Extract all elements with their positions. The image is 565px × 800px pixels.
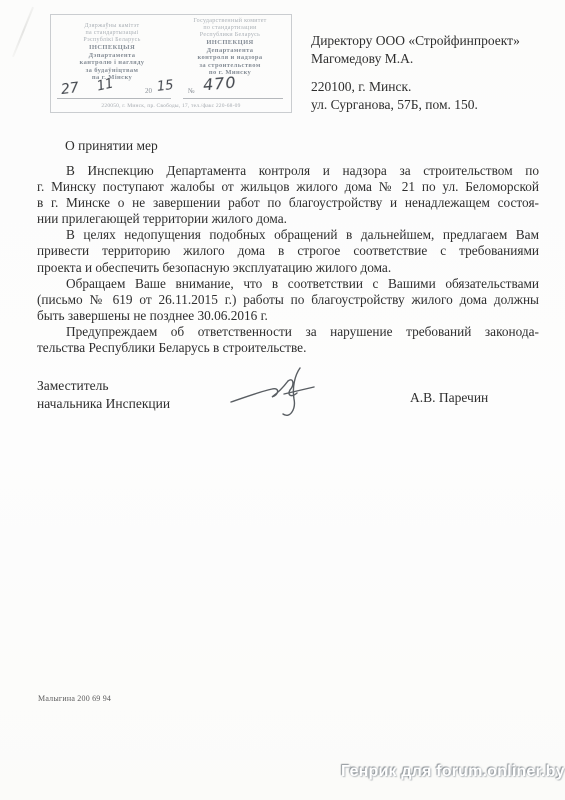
body-line: тельства Республики Беларусь в строитель… xyxy=(37,340,539,356)
stamp-column-belarusian: Дзяржаўны камітэтпа стандартызацыіРэспуб… xyxy=(53,18,171,82)
body-line: (письмо № 619 от 26.11.2015 г.) работы п… xyxy=(37,292,539,308)
body-line: нии прилегающей территории жилого дома. xyxy=(37,211,539,227)
body-line: г. Минску поступают жалобы от жильцов жи… xyxy=(37,179,539,195)
signature-scribble xyxy=(228,364,328,424)
stamp-line: по стандартизации xyxy=(171,25,289,32)
body-line: Предупреждаем об ответственности за нару… xyxy=(37,324,539,340)
handwritten-month: 11 xyxy=(96,76,115,94)
stamp-line: Дэпартамента xyxy=(53,52,171,60)
letterhead-stamp: Дзяржаўны камітэтпа стандартызацыіРэспуб… xyxy=(50,14,292,113)
watermark: Генрик для forum.onliner.by xyxy=(341,763,565,781)
stamp-address-line: 220050, г. Минск, пр. Свободы, 17, тел./… xyxy=(53,103,289,109)
recipient-line: ул. Сурганова, 57Б, пом. 150. xyxy=(311,96,520,114)
stamp-year-prefix: 20 xyxy=(145,87,152,95)
stamp-line: Рэспублікі Беларусь xyxy=(53,37,171,44)
body-line: проекта и обеспечить безопасную эксплуат… xyxy=(37,260,539,276)
signatory-position: Заместительначальника Инспекции xyxy=(37,377,170,413)
body-line: В целях недопущения подобных обращений в… xyxy=(37,227,539,243)
recipient-gap xyxy=(311,68,520,78)
signatory-position-line: Заместитель xyxy=(37,377,170,395)
body-line: В Инспекцию Департамента контроля и надз… xyxy=(37,163,539,179)
recipient-line: 220100, г. Минск. xyxy=(311,78,520,96)
stamp-number-sign: № xyxy=(188,87,195,95)
stamp-line: Республики Беларусь xyxy=(171,32,289,39)
stamp-line: контроля и надзора xyxy=(171,54,289,62)
stamp-line: кантролю і нагляду xyxy=(53,59,171,67)
body-line: в г. Минске о не завершении работ по бла… xyxy=(37,195,539,211)
recipient-block: Директору ООО «Стройфинпроект»Магомедову… xyxy=(311,32,520,114)
scanned-letter-page: Дзяржаўны камітэтпа стандартызацыіРэспуб… xyxy=(0,0,565,800)
handwritten-outgoing-number: 470 xyxy=(202,73,237,95)
recipient-line: Магомедову М.А. xyxy=(311,50,520,68)
signature-icon xyxy=(228,364,328,424)
handwritten-day: 27 xyxy=(60,80,80,98)
stamp-date-underline xyxy=(57,98,171,99)
handwritten-year: 15 xyxy=(156,78,174,95)
stamp-line: ІНСПЕКЦЫЯ xyxy=(53,44,171,52)
recipient-line: Директору ООО «Стройфинпроект» xyxy=(311,32,520,50)
stamp-column-russian: Государственный комитетпо стандартизации… xyxy=(171,18,289,82)
letter-subject: О принятии мер xyxy=(65,138,158,154)
body-text: В Инспекцию Департамента контроля и надз… xyxy=(37,163,539,356)
stamp-columns: Дзяржаўны камітэтпа стандартызацыіРэспуб… xyxy=(53,18,289,82)
stamp-line: за строительством xyxy=(171,62,289,70)
body-line: привести территорию жилого дома в строго… xyxy=(37,243,539,259)
stamp-number-underline xyxy=(183,98,283,99)
stamp-line: Департамента xyxy=(171,47,289,55)
stamp-line: Государственный комитет xyxy=(171,18,289,25)
body-line: Обращаем Ваше внимание, что в соответств… xyxy=(37,276,539,292)
body-line: быть завершены не позднее 30.06.2016 г. xyxy=(37,308,539,324)
footer-note: Малыгина 200 69 94 xyxy=(38,694,111,703)
signatory-position-line: начальника Инспекции xyxy=(37,395,170,413)
stamp-line: па стандартызацыі xyxy=(53,30,171,37)
stamp-line: за будаўніцтвам xyxy=(53,67,171,75)
scan-crease-artifact xyxy=(12,7,34,58)
stamp-line: ИНСПЕКЦИЯ xyxy=(171,39,289,47)
signatory-name: А.В. Паречин xyxy=(410,390,488,406)
stamp-line: Дзяржаўны камітэт xyxy=(53,23,171,30)
